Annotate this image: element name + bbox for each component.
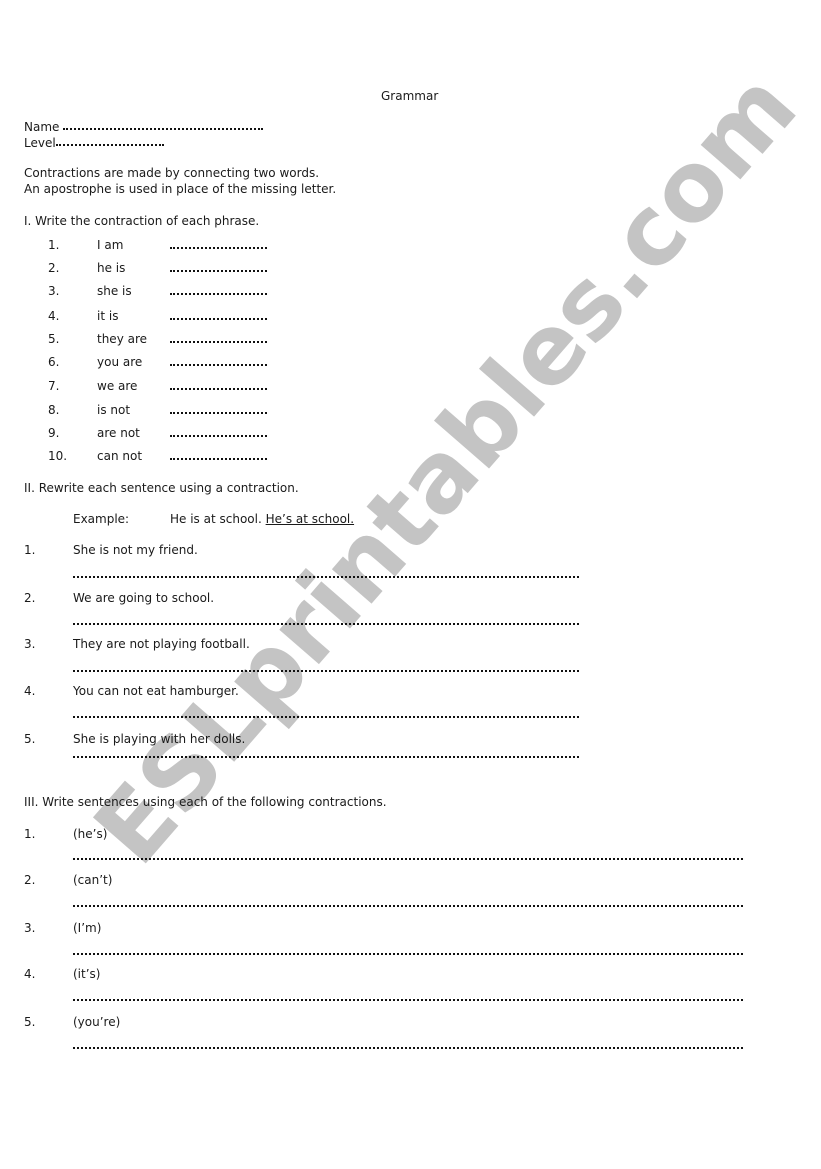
phrase: we are — [97, 379, 137, 394]
section3-heading: III. Write sentences using each of the f… — [24, 795, 387, 810]
answer-line[interactable] — [170, 412, 267, 414]
answer-line[interactable] — [73, 858, 743, 860]
contraction-prompt: (you’re) — [73, 1015, 120, 1030]
answer-line[interactable] — [170, 364, 267, 366]
item-number: 1. — [48, 238, 59, 253]
contraction-prompt: (can’t) — [73, 873, 112, 888]
phrase: can not — [97, 449, 142, 464]
answer-line[interactable] — [170, 388, 267, 390]
answer-line[interactable] — [170, 435, 267, 437]
example-sentence: He is at school. — [170, 512, 262, 526]
answer-line[interactable] — [73, 756, 579, 758]
sentence: You can not eat hamburger. — [73, 684, 239, 699]
section2-heading: II. Rewrite each sentence using a contra… — [24, 481, 299, 496]
answer-line[interactable] — [73, 670, 579, 672]
level-field[interactable] — [56, 144, 164, 146]
answer-line[interactable] — [170, 247, 267, 249]
name-label: Name — [24, 120, 59, 135]
page-title: Grammar — [381, 89, 438, 104]
phrase: he is — [97, 261, 125, 276]
item-number: 2. — [24, 873, 35, 888]
answer-line[interactable] — [73, 999, 743, 1001]
contraction-prompt: (he’s) — [73, 827, 107, 842]
item-number: 6. — [48, 355, 59, 370]
item-number: 4. — [24, 684, 35, 699]
name-field[interactable] — [63, 128, 263, 130]
item-number: 4. — [48, 309, 59, 324]
phrase: it is — [97, 309, 118, 324]
item-number: 1. — [24, 827, 35, 842]
phrase: you are — [97, 355, 142, 370]
level-label: Level — [24, 136, 56, 151]
intro-line: An apostrophe is used in place of the mi… — [24, 182, 336, 197]
answer-line[interactable] — [170, 293, 267, 295]
answer-line[interactable] — [73, 716, 579, 718]
item-number: 10. — [48, 449, 67, 464]
answer-line[interactable] — [73, 1047, 743, 1049]
item-number: 7. — [48, 379, 59, 394]
item-number: 2. — [24, 591, 35, 606]
sentence: She is playing with her dolls. — [73, 732, 245, 747]
item-number: 8. — [48, 403, 59, 418]
phrase: I am — [97, 238, 123, 253]
example-answer: He’s at school. — [266, 512, 354, 526]
answer-line[interactable] — [170, 341, 267, 343]
sentence: We are going to school. — [73, 591, 214, 606]
section1-heading: I. Write the contraction of each phrase. — [24, 214, 259, 229]
phrase: she is — [97, 284, 132, 299]
answer-line[interactable] — [73, 905, 743, 907]
item-number: 4. — [24, 967, 35, 982]
item-number: 3. — [24, 921, 35, 936]
item-number: 3. — [24, 637, 35, 652]
answer-line[interactable] — [170, 458, 267, 460]
answer-line[interactable] — [73, 623, 579, 625]
phrase: they are — [97, 332, 147, 347]
intro-line: Contractions are made by connecting two … — [24, 166, 319, 181]
answer-line[interactable] — [170, 270, 267, 272]
example: He is at school. He’s at school. — [170, 512, 354, 527]
sentence: They are not playing football. — [73, 637, 250, 652]
answer-line[interactable] — [73, 576, 579, 578]
item-number: 2. — [48, 261, 59, 276]
phrase: are not — [97, 426, 140, 441]
answer-line[interactable] — [170, 318, 267, 320]
answer-line[interactable] — [73, 953, 743, 955]
item-number: 5. — [24, 732, 35, 747]
phrase: is not — [97, 403, 130, 418]
contraction-prompt: (it’s) — [73, 967, 100, 982]
item-number: 5. — [24, 1015, 35, 1030]
item-number: 1. — [24, 543, 35, 558]
item-number: 9. — [48, 426, 59, 441]
contraction-prompt: (I’m) — [73, 921, 101, 936]
sentence: She is not my friend. — [73, 543, 198, 558]
example-label: Example: — [73, 512, 129, 527]
item-number: 3. — [48, 284, 59, 299]
item-number: 5. — [48, 332, 59, 347]
